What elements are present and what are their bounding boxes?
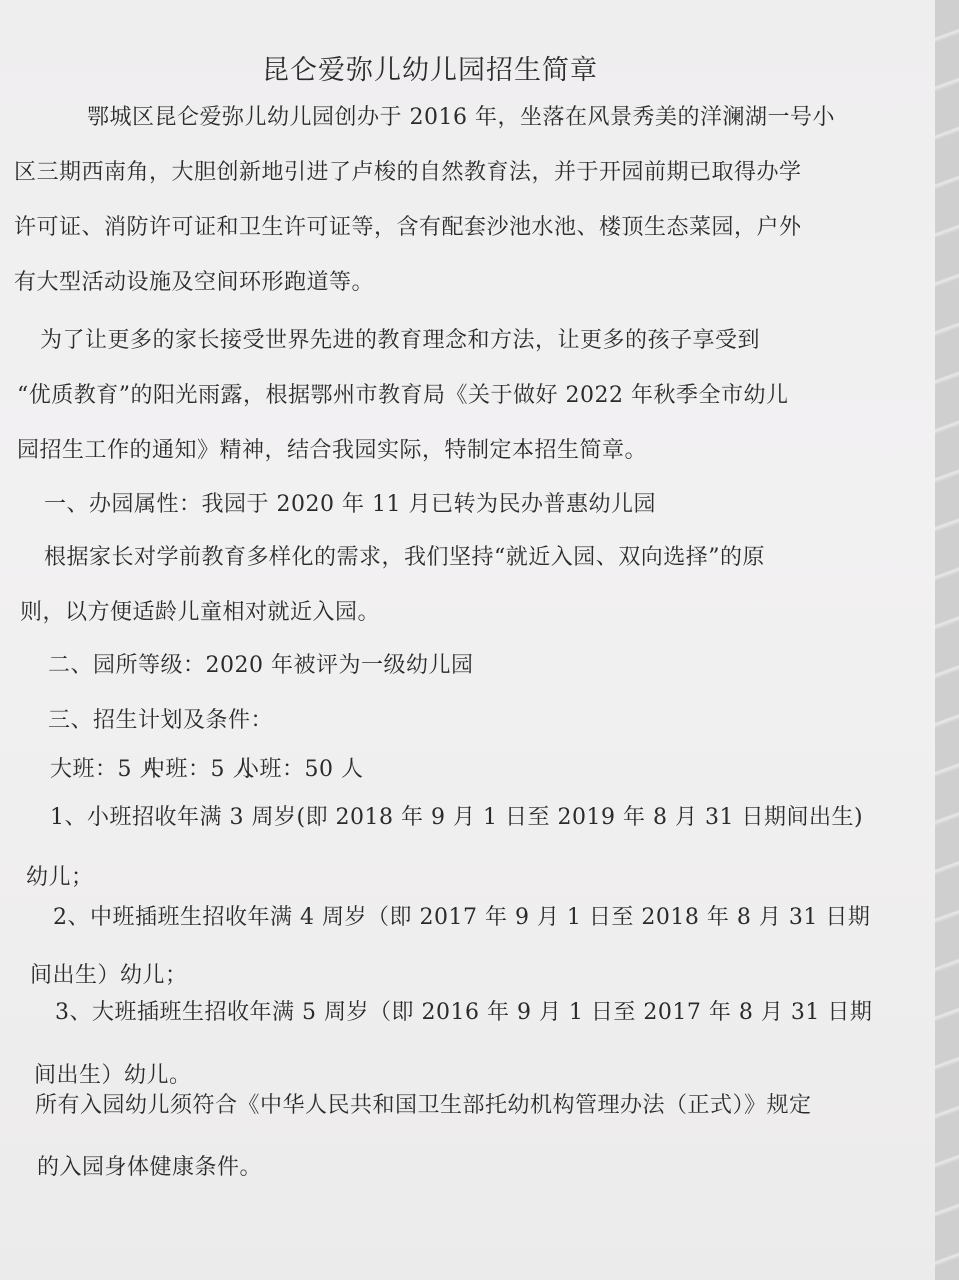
enrollment-small-class: 小班：50 人 xyxy=(237,752,364,783)
paragraph-line: 则，以方便适龄儿童相对就近入园。 xyxy=(20,595,380,626)
paragraph-line: 区三期西南角，大胆创新地引进了卢梭的自然教育法，并于开园前期已取得办学 xyxy=(14,155,802,186)
condition-line: 3、大班插班生招收年满 5 周岁（即 2016 年 9 月 1 日至 2017 … xyxy=(55,995,872,1026)
condition-line: 1、小班招收年满 3 周岁(即 2018 年 9 月 1 日至 2019 年 8… xyxy=(50,800,863,831)
paragraph-line: 许可证、消防许可证和卫生许可证等，含有配套沙池水池、楼顶生态菜园，户外 xyxy=(14,210,802,241)
condition-line: 2、中班插班生招收年满 4 周岁（即 2017 年 9 月 1 日至 2018 … xyxy=(53,900,870,931)
paragraph-line: 园招生工作的通知》精神，结合我园实际，特制定本招生简章。 xyxy=(17,433,647,464)
paper-sheet: 昆仑爱弥儿幼儿园招生简章 鄂城区昆仑爱弥儿幼儿园创办于 2016 年，坐落在风景… xyxy=(0,0,935,1280)
paragraph-line: 为了让更多的家长接受世界先进的教育理念和方法，让更多的孩子享受到 xyxy=(40,323,760,354)
paragraph-line: 有大型活动设施及空间环形跑道等。 xyxy=(14,265,374,296)
condition-line: 间出生）幼儿； xyxy=(30,958,188,989)
condition-line: 所有入园幼儿须符合《中华人民共和国卫生部托幼机构管理办法（正式）》规定 xyxy=(35,1088,812,1119)
condition-line: 间出生）幼儿。 xyxy=(34,1058,192,1089)
paragraph-line: 根据家长对学前教育多样化的需求，我们坚持“就近入园、双向选择”的原 xyxy=(44,540,765,571)
section-heading: 二、园所等级：2020 年被评为一级幼儿园 xyxy=(48,648,473,679)
condition-line: 幼儿； xyxy=(26,860,94,891)
paragraph-line: “优质教育”的阳光雨露，根据鄂州市教育局《关于做好 2022 年秋季全市幼儿 xyxy=(17,378,788,409)
paragraph-line: 鄂城区昆仑爱弥儿幼儿园创办于 2016 年，坐落在风景秀美的洋澜湖一号小 xyxy=(87,100,835,131)
section-heading: 三、招生计划及条件： xyxy=(48,703,273,734)
condition-line: 的入园身体健康条件。 xyxy=(37,1150,262,1181)
document-title: 昆仑爱弥儿幼儿园招生简章 xyxy=(262,48,598,87)
section-heading: 一、办园属性：我园于 2020 年 11 月已转为民办普惠幼儿园 xyxy=(44,487,656,518)
